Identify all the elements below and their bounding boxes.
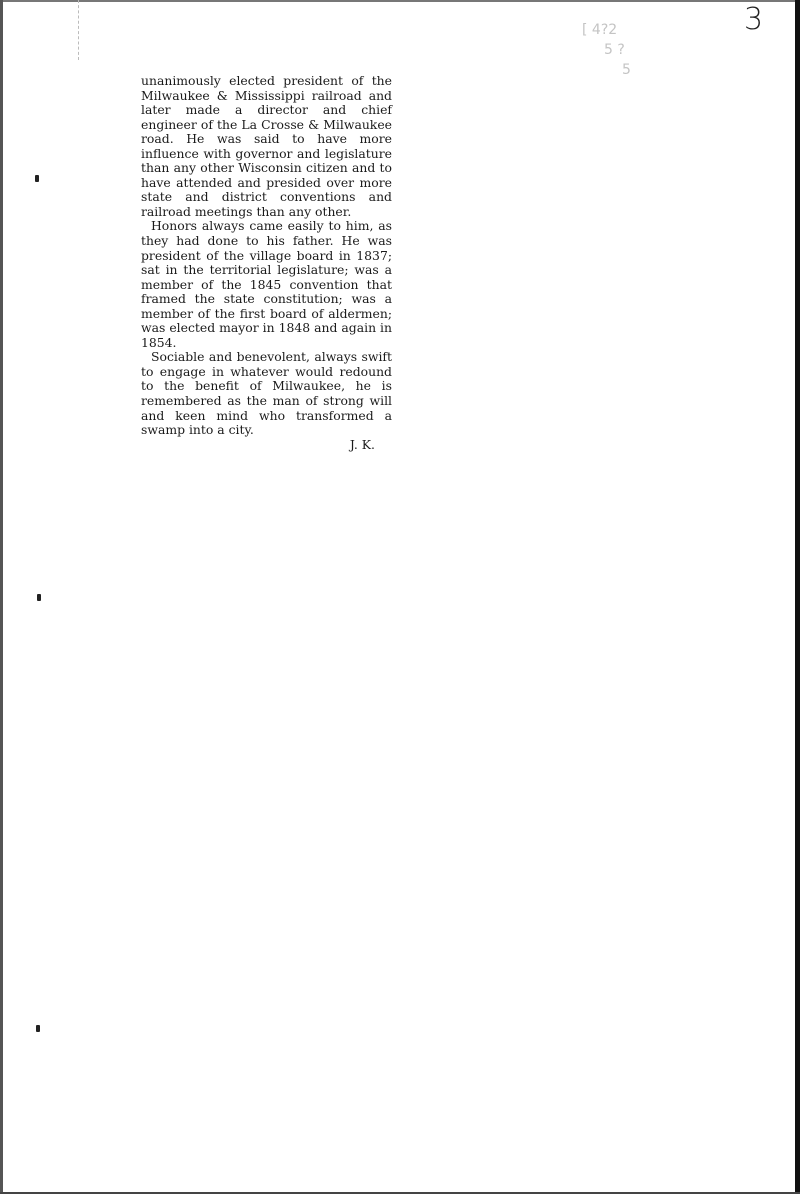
scan-left-edge [0,0,3,1194]
punch-mark [37,594,41,601]
article-paragraph: Honors always came easily to him, as the… [141,219,392,350]
pencil-note-line: 5 ? [582,40,692,60]
article-paragraph: Sociable and benevolent, always swift to… [141,350,392,437]
pencil-annotations: [ 4?2 5 ? 5 [582,20,692,95]
article-column: unanimously elected president of the Mil… [141,74,392,452]
pencil-note-line: [ 4?2 [582,20,692,40]
punch-mark [36,1025,40,1032]
pencil-note-line: 5 [582,60,692,80]
author-signature: J. K. [141,438,392,453]
article-paragraph: unanimously elected president of the Mil… [141,74,392,219]
page-number: 3 [744,2,763,37]
document-page: 3 [ 4?2 5 ? 5 unanimously elected presid… [0,0,800,1194]
punch-mark [35,175,39,182]
scan-right-edge [795,0,800,1194]
scan-guide-line [78,0,80,60]
scan-top-edge [0,0,800,2]
